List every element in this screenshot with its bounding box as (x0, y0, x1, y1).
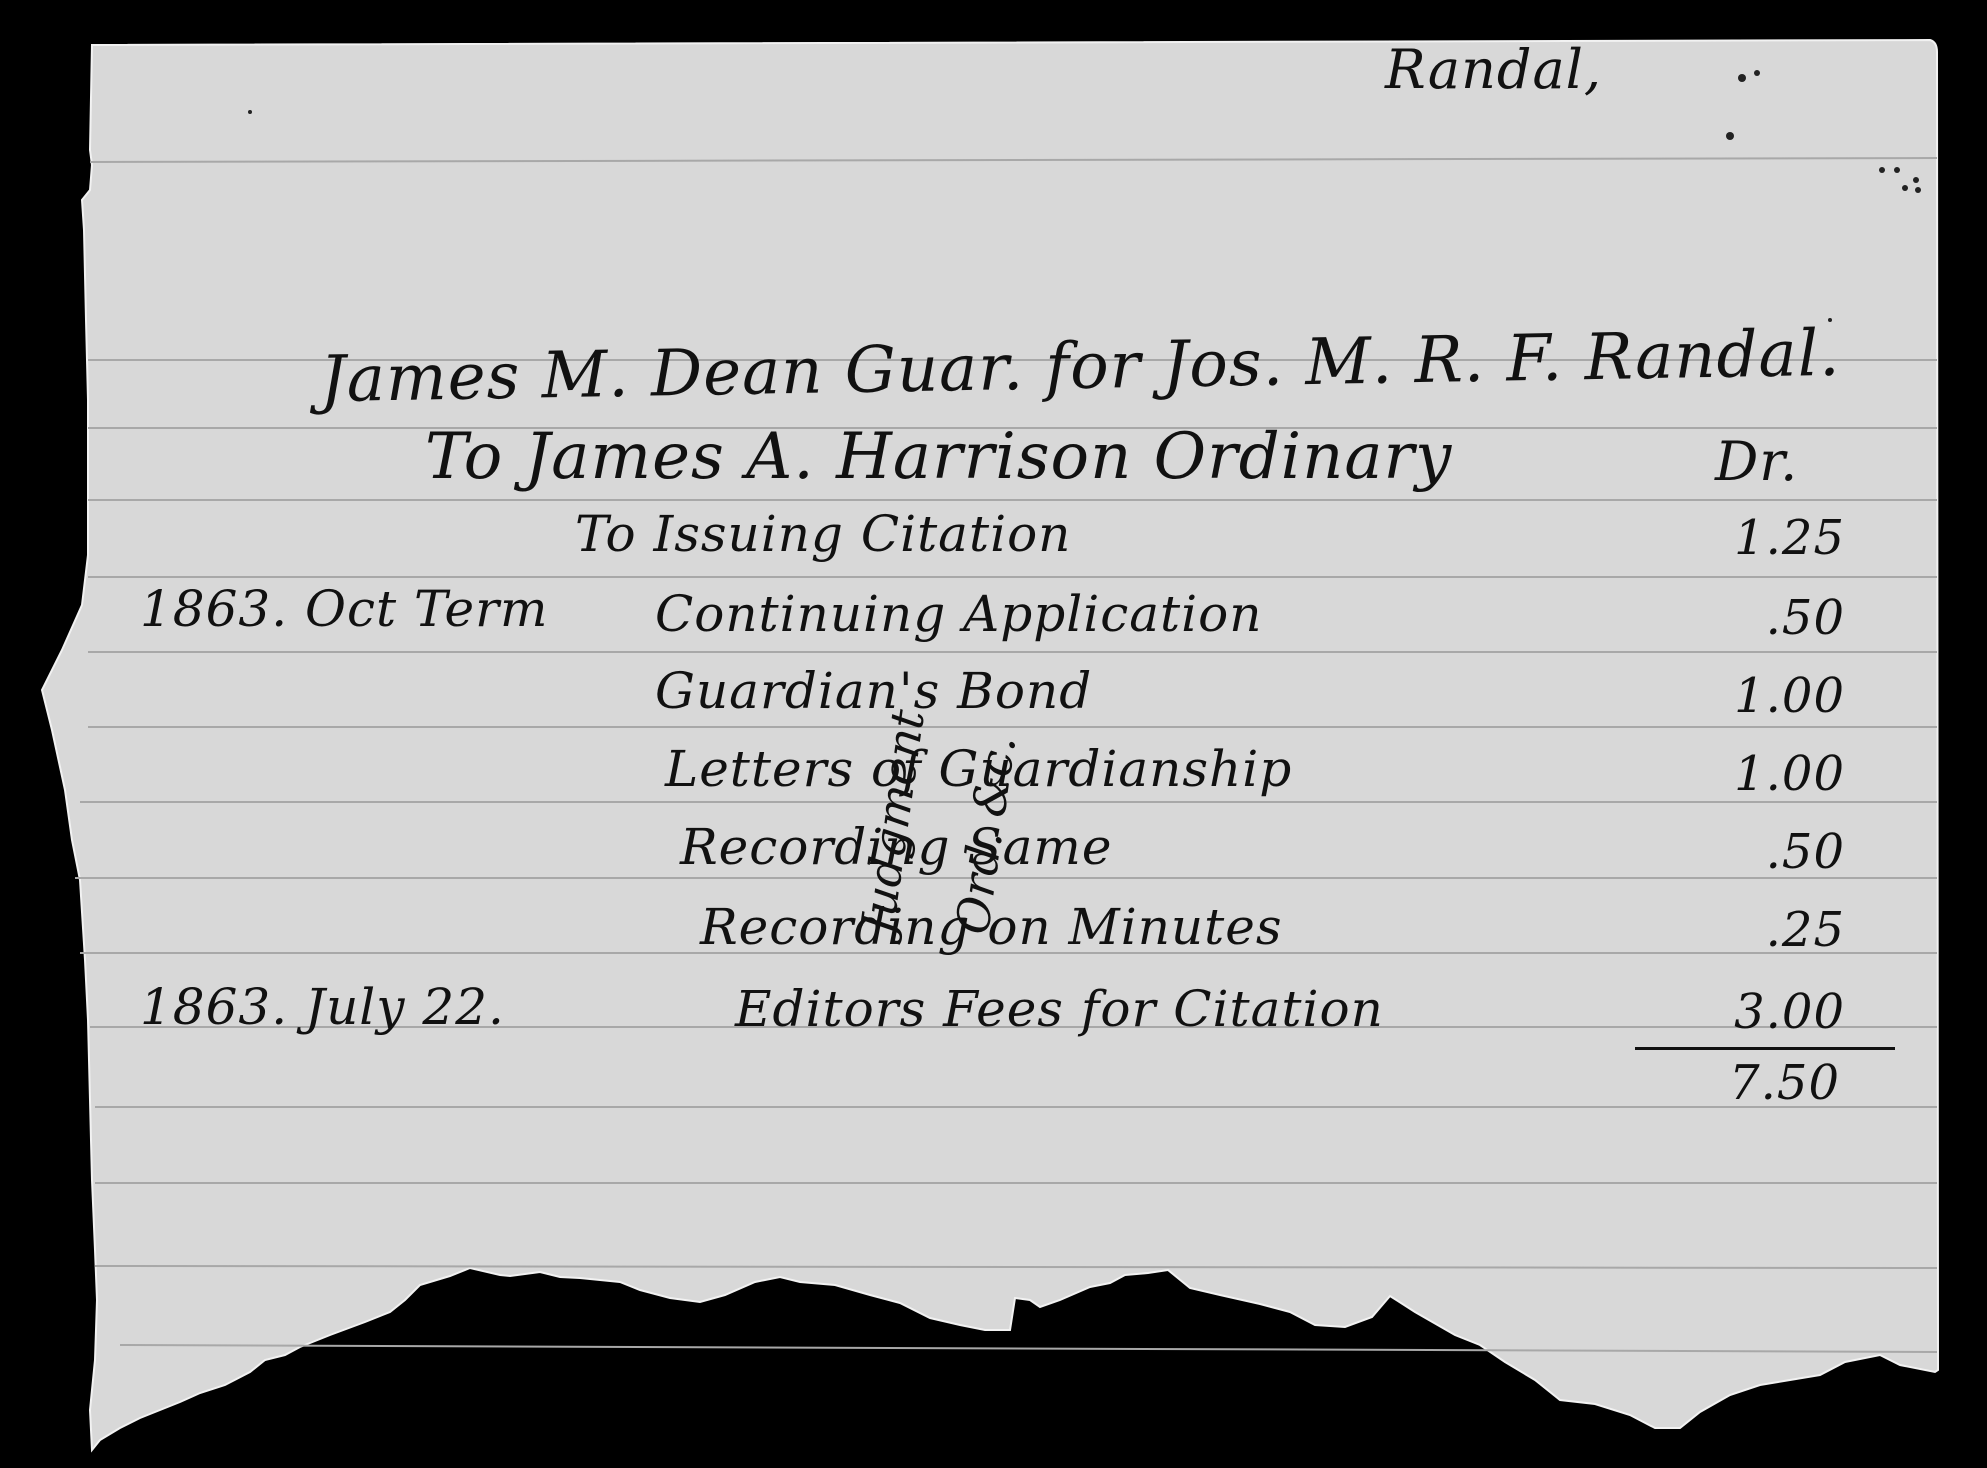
document-page: Randal, James M. Dean Guar. for Jos. M. … (0, 0, 1987, 1468)
entry-amount: 1.00 (1645, 668, 1845, 724)
entry-description: Editors Fees for Citation (735, 980, 1384, 1038)
entry-amount: .50 (1645, 590, 1845, 646)
debit-label: Dr. (1715, 430, 1798, 493)
entry-description: Continuing Application (655, 585, 1262, 643)
entry-date: 1863. Oct Term (140, 580, 548, 638)
header-line-2: To James A. Harrison Ordinary (425, 420, 1452, 494)
corner-note: Randal, (1385, 38, 1602, 101)
entry-amount: 1.25 (1645, 510, 1845, 566)
entry-amount: 3.00 (1645, 984, 1845, 1040)
entry-description: Guardian's Bond (655, 662, 1092, 720)
entry-amount: .25 (1645, 902, 1845, 958)
total-rule (1635, 1047, 1895, 1050)
entry-description: To Issuing Citation (575, 505, 1071, 563)
paper-sheet (0, 0, 1987, 1468)
entry-amount: 1.00 (1645, 746, 1845, 802)
entry-amount: .50 (1645, 824, 1845, 880)
entry-date: 1863. July 22. (140, 978, 505, 1036)
total-amount: 7.50 (1640, 1055, 1840, 1111)
